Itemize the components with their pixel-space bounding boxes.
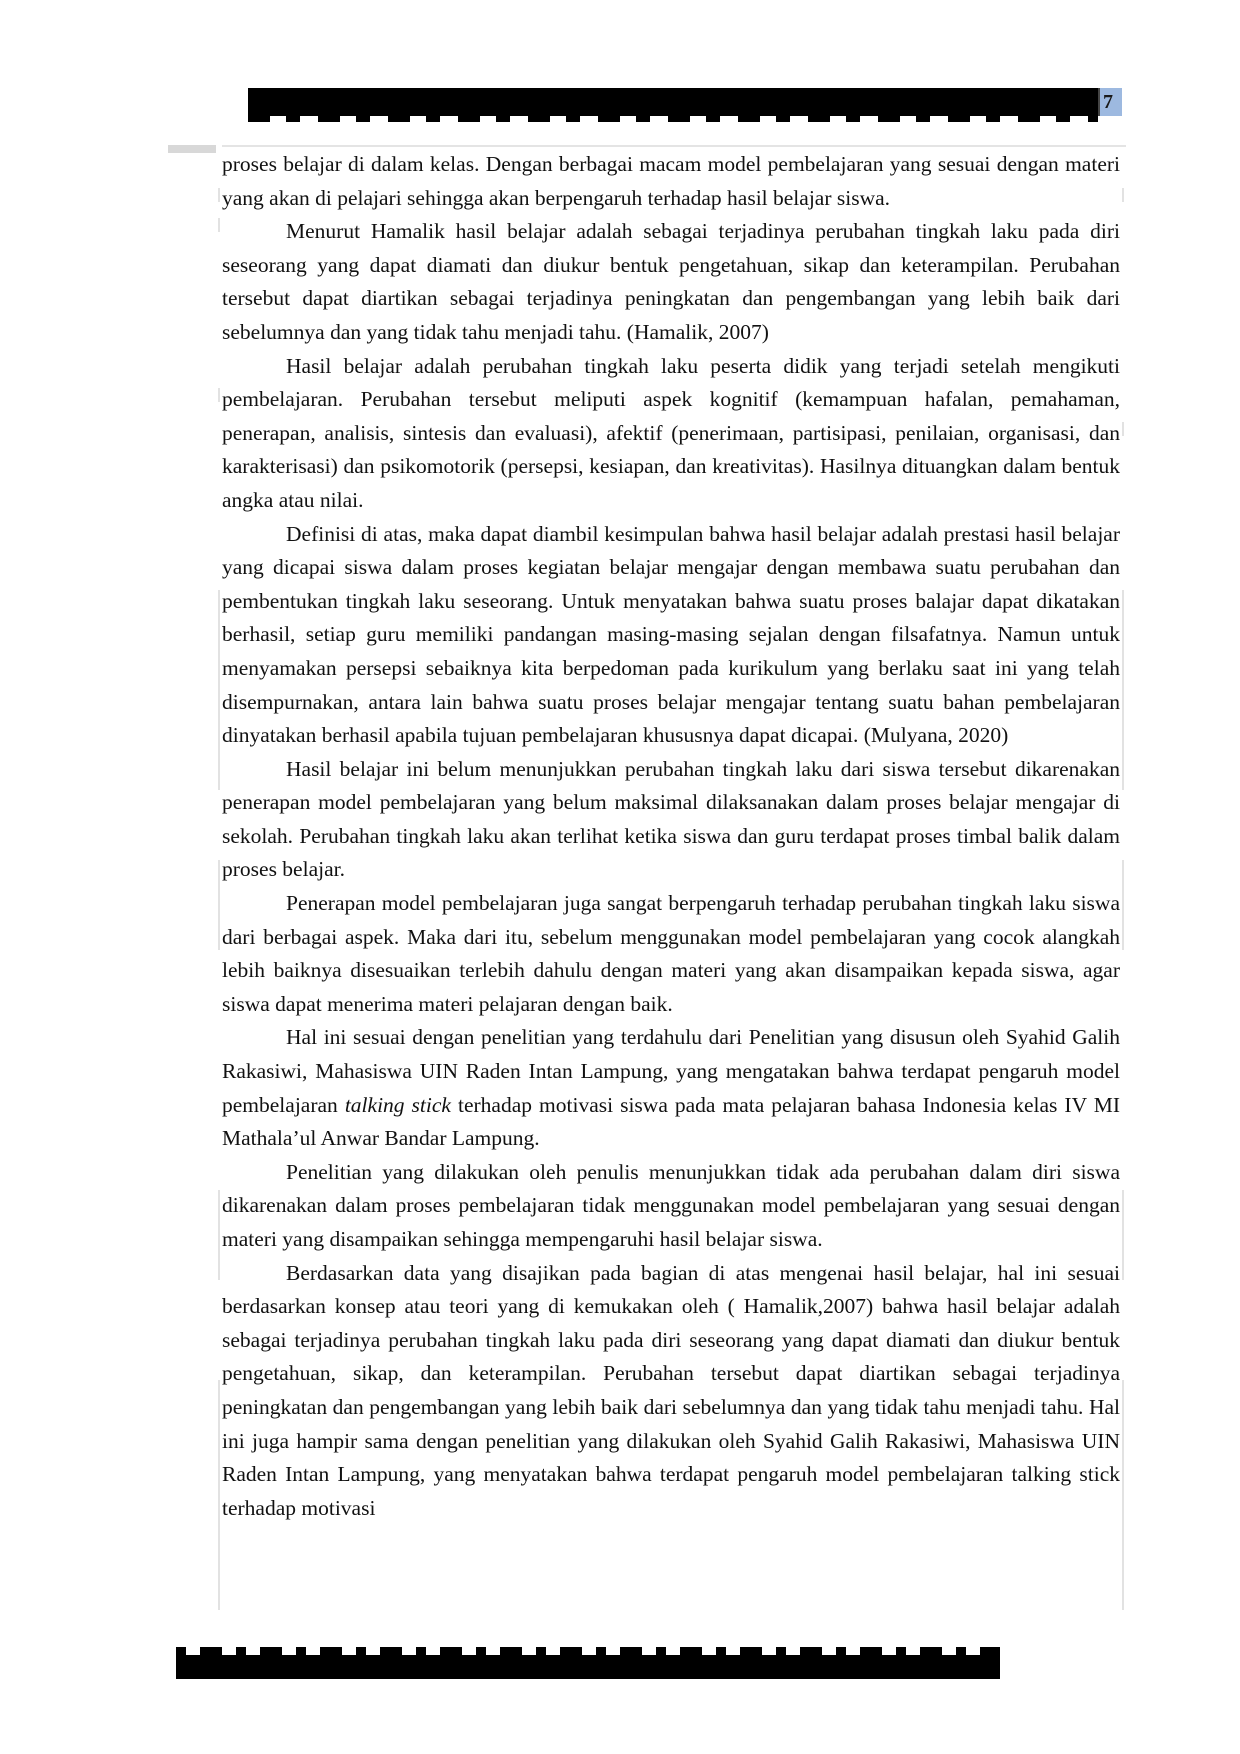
left-margin-mark [218, 860, 220, 950]
right-margin-mark [1122, 188, 1124, 202]
running-header-redacted [248, 88, 1098, 116]
right-margin-mark [1122, 590, 1124, 790]
paragraph-9: Berdasarkan data yang disajikan pada bag… [222, 1257, 1120, 1526]
left-margin-mark [218, 218, 220, 232]
footer-redacted [176, 1655, 1000, 1679]
paragraph-5: Hasil belajar ini belum menunjukkan peru… [222, 753, 1120, 887]
right-margin-mark [1122, 422, 1124, 436]
body-text: proses belajar di dalam kelas. Dengan be… [222, 148, 1120, 1525]
left-margin-mark [218, 1190, 220, 1280]
header-rule [222, 145, 1126, 147]
paragraph-2: Menurut Hamalik hasil belajar adalah seb… [222, 215, 1120, 349]
left-margin-mark [218, 188, 220, 202]
paragraph-3: Hasil belajar adalah perubahan tingkah l… [222, 350, 1120, 518]
paragraph-7-italic-term: talking stick [345, 1093, 451, 1117]
paragraph-6: Penerapan model pembelajaran juga sangat… [222, 887, 1120, 1021]
right-margin-mark [1122, 1380, 1124, 1610]
left-margin-mark [218, 1380, 220, 1610]
right-margin-mark [1122, 1190, 1124, 1280]
paragraph-8: Penelitian yang dilakukan oleh penulis m… [222, 1156, 1120, 1257]
left-margin-mark [218, 388, 220, 402]
left-margin-mark [218, 590, 220, 790]
paragraph-1: proses belajar di dalam kelas. Dengan be… [222, 148, 1120, 215]
paragraph-4: Definisi di atas, maka dapat diambil kes… [222, 518, 1120, 753]
paragraph-7: Hal ini sesuai dengan penelitian yang te… [222, 1021, 1120, 1155]
margin-tab-marker [168, 145, 216, 153]
page-number: 7 [1098, 88, 1122, 116]
right-margin-mark [1122, 860, 1124, 950]
